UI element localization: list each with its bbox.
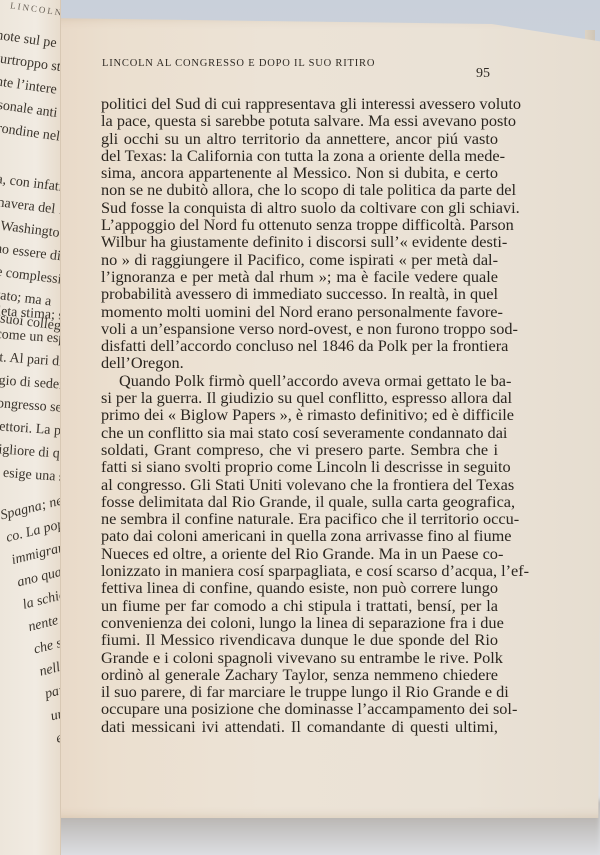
text-line: Sud fosse la conquista di altro suolo da… xyxy=(101,199,498,216)
text-line: ne sembra il confine naturale. Era pacif… xyxy=(101,510,498,527)
text-line: L’appoggio del Nord fu ottenuto senza tr… xyxy=(101,216,498,233)
text-line: l’ignoranza e per metà dal rhum »; ma è … xyxy=(101,268,498,285)
text-line: soldati, Grant compreso, che vi presero … xyxy=(101,441,498,458)
text-line: che un conflitto sia mai stato cosí seve… xyxy=(101,424,498,441)
text-line: fiumi. Il Messico rivendicava dunque le … xyxy=(101,631,498,648)
text-line: sima, ancora appartenente al Messico. No… xyxy=(101,164,498,181)
text-line: pato dai coloni americani in quella zona… xyxy=(101,527,498,544)
text-line: lonizzato in maniera cosí sparpagliata, … xyxy=(101,562,498,579)
text-line: non se ne dubitò allora, che lo scopo di… xyxy=(101,181,498,198)
text-line: un fiume per far comodo a chi stipula i … xyxy=(101,597,498,614)
left-text-group-c: leta stima; sa come un espan st. Al pari… xyxy=(0,300,61,489)
left-running-head: LINCOLN xyxy=(10,0,61,17)
page-number: 95 xyxy=(476,66,490,82)
left-text-group-a: note sul pe purtroppo sta ante l’intere … xyxy=(0,24,61,149)
text-line: il suo parere, di far marciare le truppe… xyxy=(101,683,498,700)
text-line: politici del Sud di cui rappresentava gl… xyxy=(101,95,498,112)
left-line: ta, esige una s xyxy=(0,461,61,490)
text-line: momento molti uomini del Nord erano pers… xyxy=(101,303,498,320)
text-line: al congresso. Gli Stati Uniti volevano c… xyxy=(101,476,498,493)
text-line: Grande e i coloni spagnoli vivevano su e… xyxy=(101,649,498,666)
running-head: LINCOLN AL CONGRESSO E DOPO IL SUO RITIR… xyxy=(102,58,375,69)
text-line: no » di raggiungere il Pacifico, come is… xyxy=(101,251,498,268)
text-line: si per la guerra. Il giudizio su quel co… xyxy=(101,389,498,406)
text-line: occupare una posizione che dominasse l’a… xyxy=(101,700,498,717)
text-line: Quando Polk firmò quell’accordo aveva or… xyxy=(101,372,498,389)
text-line: gli occhi su un altro territorio da anne… xyxy=(101,130,498,147)
text-line: fettiva linea di confine, quando esiste,… xyxy=(101,579,498,596)
left-page-fragment: LINCOLN note sul pe purtroppo sta ante l… xyxy=(0,0,61,855)
book-photo: LINCOLN note sul pe purtroppo sta ante l… xyxy=(0,0,600,855)
paragraph-2: Quando Polk firmò quell’accordo aveva or… xyxy=(101,372,498,735)
paragraph-1: politici del Sud di cui rappresentava gl… xyxy=(101,95,498,372)
text-line: Nueces ed oltre, a oriente del Rio Grand… xyxy=(101,545,498,562)
text-line: Wilbur ha giustamente definito i discors… xyxy=(101,233,498,250)
left-text-group-d: Spagna; nel 18 co. La popola immigrant p… xyxy=(0,486,61,840)
text-line: fatti si siano svolti proprio come Linco… xyxy=(101,458,498,475)
text-line: fosse delimitata dal Rio Grande, il qual… xyxy=(101,493,498,510)
text-line: convenienza dei coloni, lungo la linea d… xyxy=(101,614,498,631)
text-line: ordinò al generale Zachary Taylor, senza… xyxy=(101,666,498,683)
text-line: primo dei « Biglow Papers », è rimasto d… xyxy=(101,406,498,423)
body-text: politici del Sud di cui rappresentava gl… xyxy=(101,95,498,735)
text-line: disfatti dell’accordo concluso nel 1846 … xyxy=(101,337,498,354)
text-line: dati messicani ivi attendati. Il comanda… xyxy=(101,718,498,735)
text-line: del Texas: la California con tutta la zo… xyxy=(101,147,498,164)
text-line: la pace, questa si sarebbe potuta salvar… xyxy=(101,112,498,129)
text-line: voli a un’espansione verso nord-ovest, e… xyxy=(101,320,498,337)
text-line: probabilità avessero di immediato succes… xyxy=(101,285,498,302)
text-line: dell’Oregon. xyxy=(101,354,498,371)
